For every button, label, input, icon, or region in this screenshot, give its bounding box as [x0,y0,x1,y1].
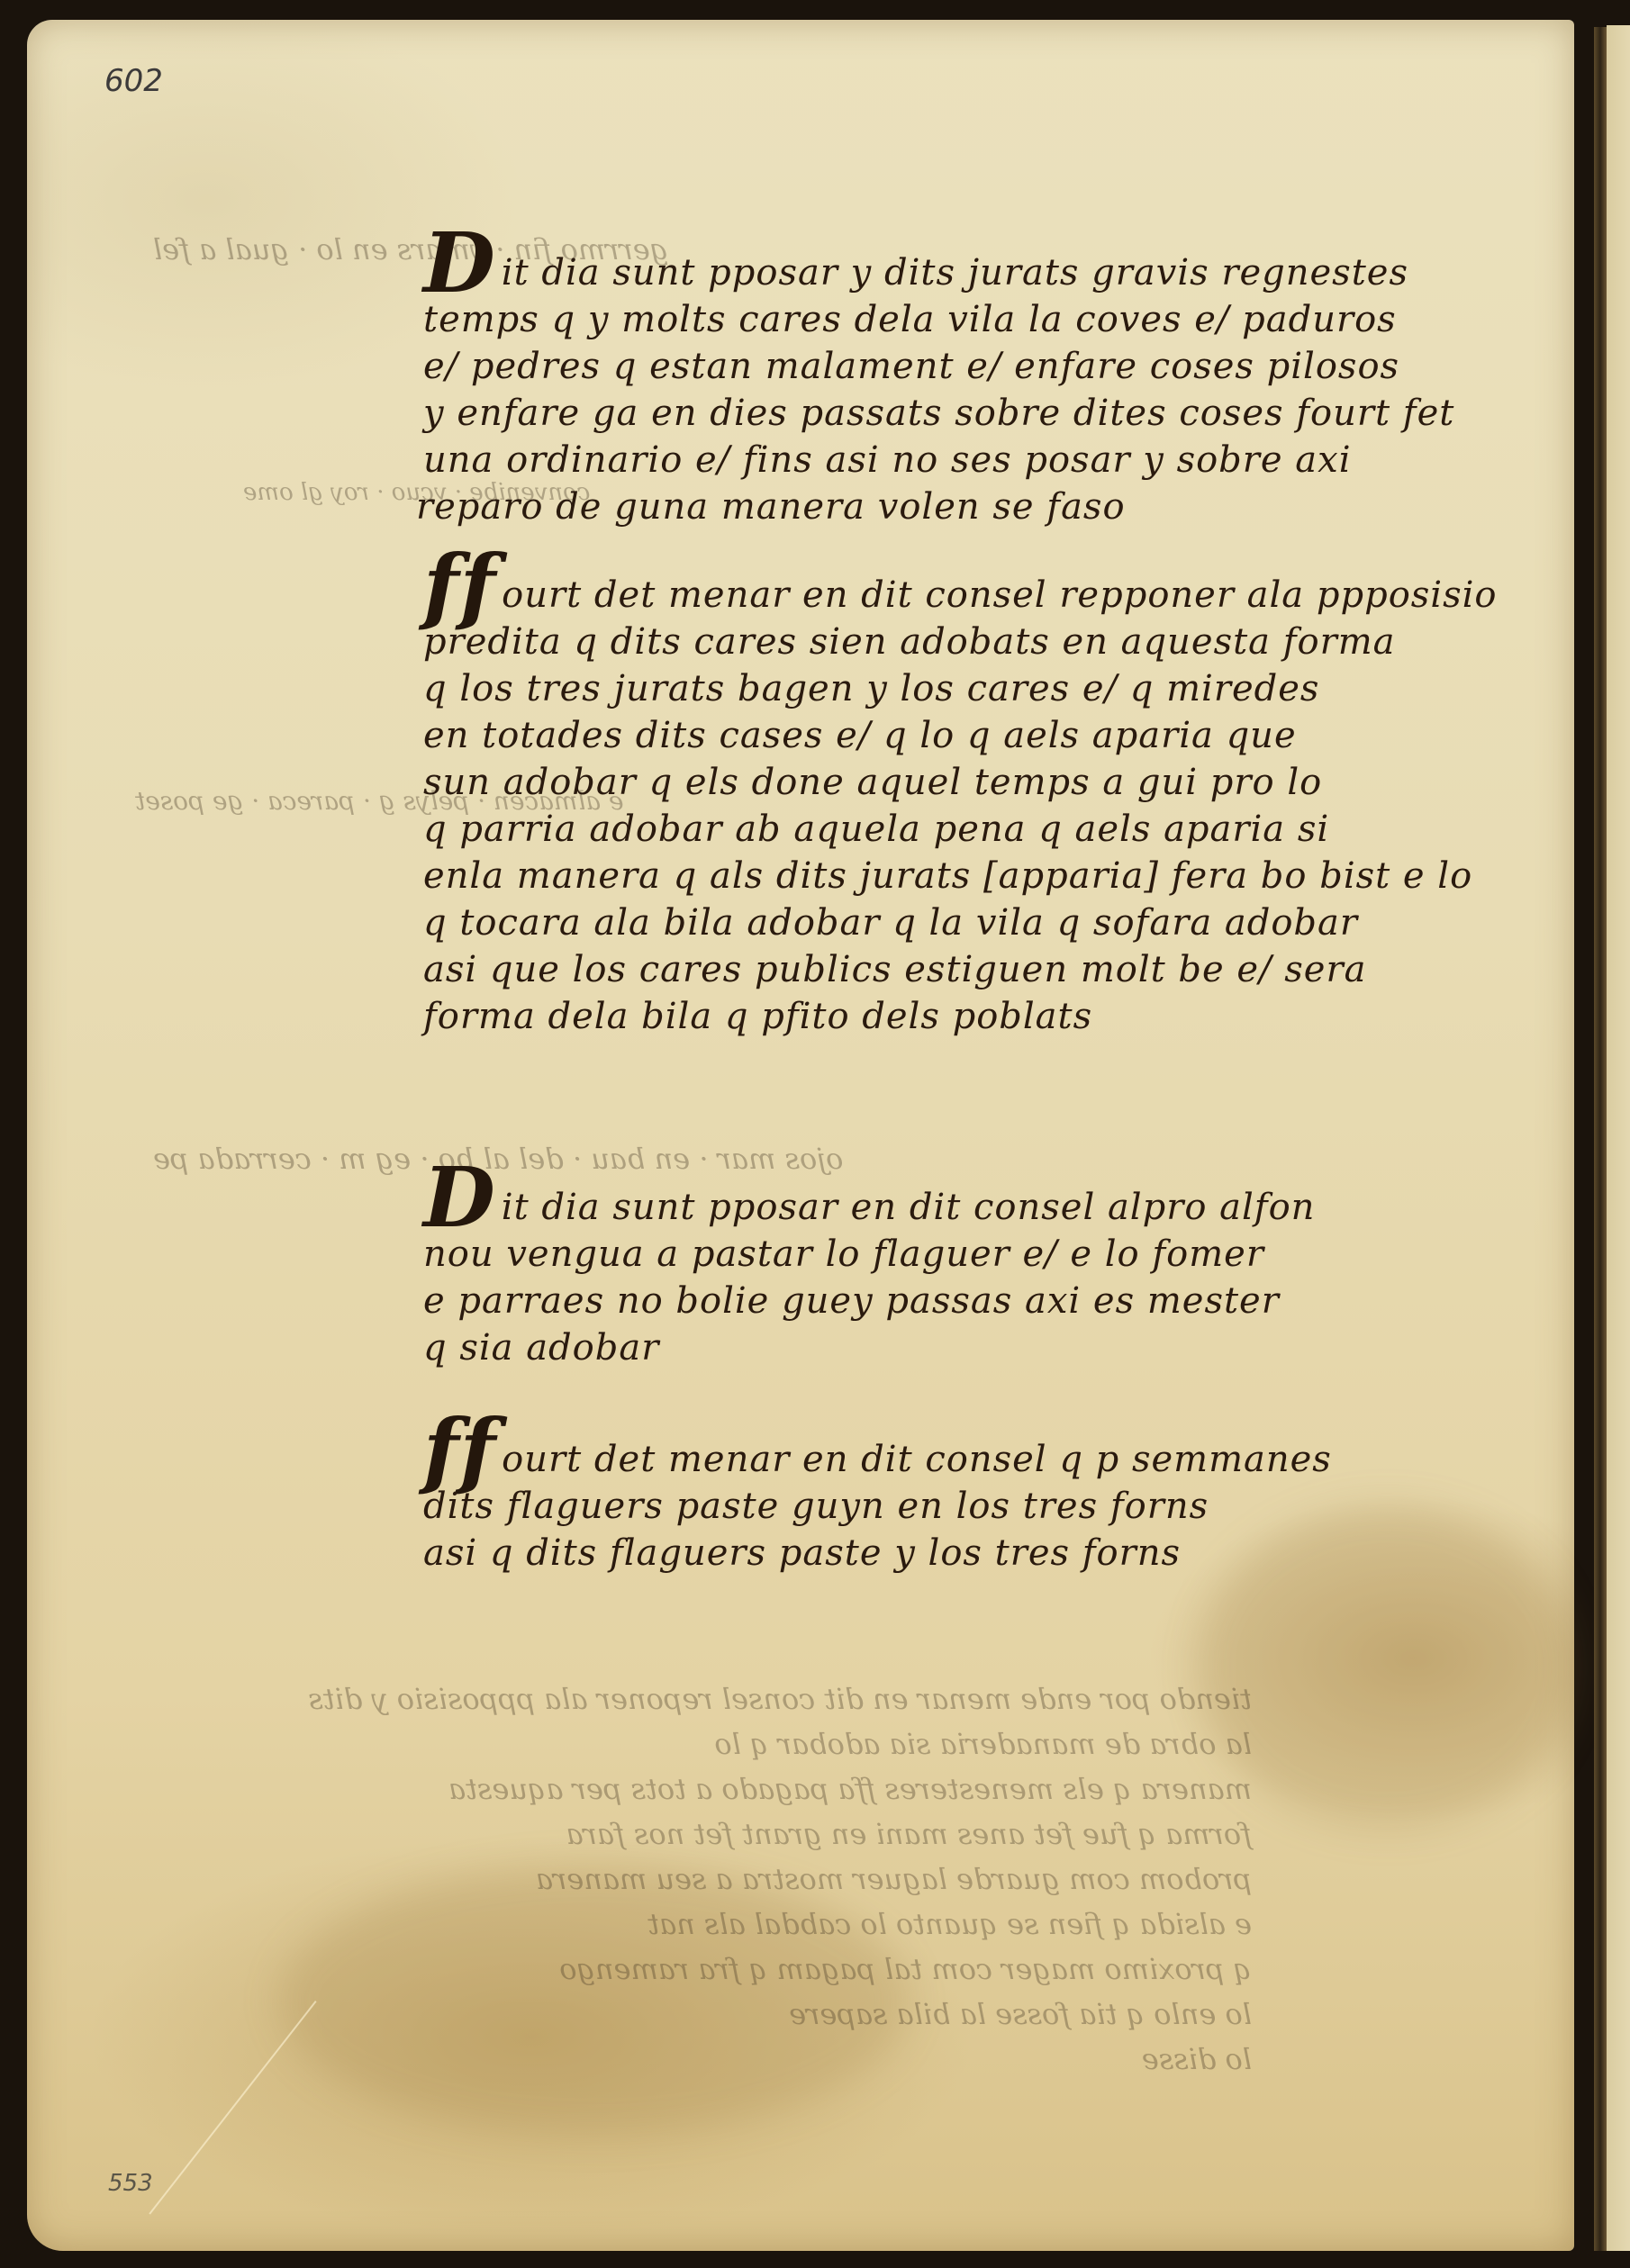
text-line: una ordinario e/ fins asi no ses posar y… [423,437,1459,483]
bleed-line: lo disse [171,2037,1252,2082]
text-line: ffourt det menar en dit consel repponer … [423,558,1459,619]
next-page-edge [1607,25,1630,2251]
text-line: ffourt det menar en dit consel q p semma… [423,1423,1459,1483]
text-line: temps q y molts cares dela vila la coves… [423,296,1459,343]
text-line: en totades dits cases e/ q lo q aels apa… [423,712,1459,759]
text-line: sun adobar q els done aquel temps a gui … [423,759,1459,806]
bleed-line: tiendo por ende menar en dit consel repo… [171,1676,1252,1721]
folio-number: 602 [104,63,163,99]
text-line: e parraes no bolie guey passas axi es me… [423,1278,1459,1324]
text-line: reparo de guna manera volen se faso [416,483,1459,530]
book-gutter [1594,27,1607,2251]
text-line: e/ pedres q estan malament e/ enfare cos… [423,343,1459,390]
text-line: Dit dia sunt pposar en dit consel alpro … [423,1170,1459,1231]
text-line: q parria adobar ab aquela pena q aels ap… [423,806,1459,853]
bleed-line: la obra de manaderia sia adobar q lo [171,1721,1252,1767]
bleed-line: probom com guarde laguer mostra a seu ma… [171,1857,1252,1902]
bleed-line: q proximo mager com tal pagam q fra rame… [171,1947,1252,1992]
text-line: enla manera q als dits jurats [apparia] … [423,853,1459,899]
old-folio-number: 553 [108,2170,153,2197]
text-line: q sia adobar [423,1324,1459,1371]
bleed-through-lower: tiendo por ende menar en dit consel repo… [171,1676,1252,2082]
bleed-line: manera q els menesteres ffa pagado a tot… [171,1767,1252,1812]
text-line: asi que los cares publics estiguen molt … [423,946,1459,993]
text-line: nou vengua a pastar lo flaguer e/ e lo f… [423,1231,1459,1278]
text-line: predita q dits cares sien adobats en aqu… [423,619,1459,665]
entry-3: Dit dia sunt pposar en dit consel alpro … [423,1170,1459,1371]
text-line: Dit dia sunt pposar y dits jurats gravis… [423,236,1459,296]
entry-1: Dit dia sunt pposar y dits jurats gravis… [423,236,1459,530]
text-line: q tocara ala bila adobar q la vila q sof… [423,899,1459,946]
entry-2: ffourt det menar en dit consel repponer … [423,558,1459,1040]
text-line: forma dela bila q pfito dels poblats [423,993,1459,1040]
text-line: asi q dits flaguers paste y los tres for… [423,1530,1459,1577]
text-line: y enfare ga en dies passats sobre dites … [423,390,1459,437]
bleed-line: forma q fue fet anes mani en grant fet n… [171,1812,1252,1857]
bleed-line: e alsida q fien se quanto lo cabdal als … [171,1902,1252,1947]
text-line: q los tres jurats bagen y los cares e/ q… [423,665,1459,712]
bleed-line: lo enlo q tia fosse la bila sapere [171,1992,1252,2037]
entry-4: ffourt det menar en dit consel q p semma… [423,1423,1459,1577]
text-line: dits flaguers paste guyn en los tres for… [423,1483,1459,1530]
